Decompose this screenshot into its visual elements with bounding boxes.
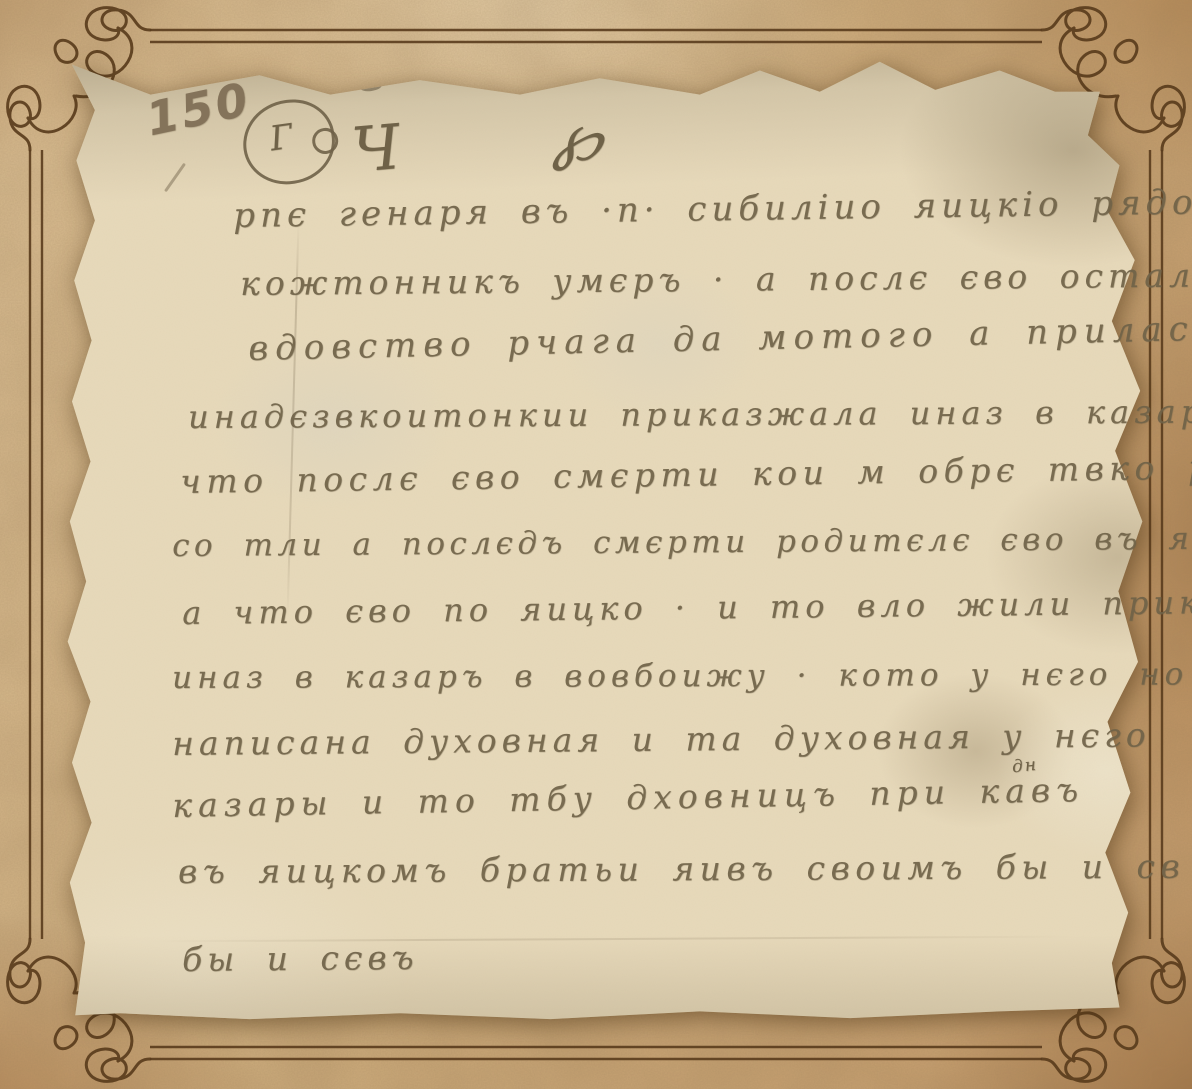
paper-crease — [286, 222, 299, 617]
manuscript-photo — [60, 54, 1150, 1022]
paper-grain-texture — [60, 54, 1150, 1022]
manuscript-paper — [60, 54, 1150, 1022]
archival-scan-page: { "manuscript": { "page_number": "150", … — [0, 0, 1192, 1089]
paper-crease — [150, 936, 1070, 943]
ink-blot — [359, 81, 382, 93]
